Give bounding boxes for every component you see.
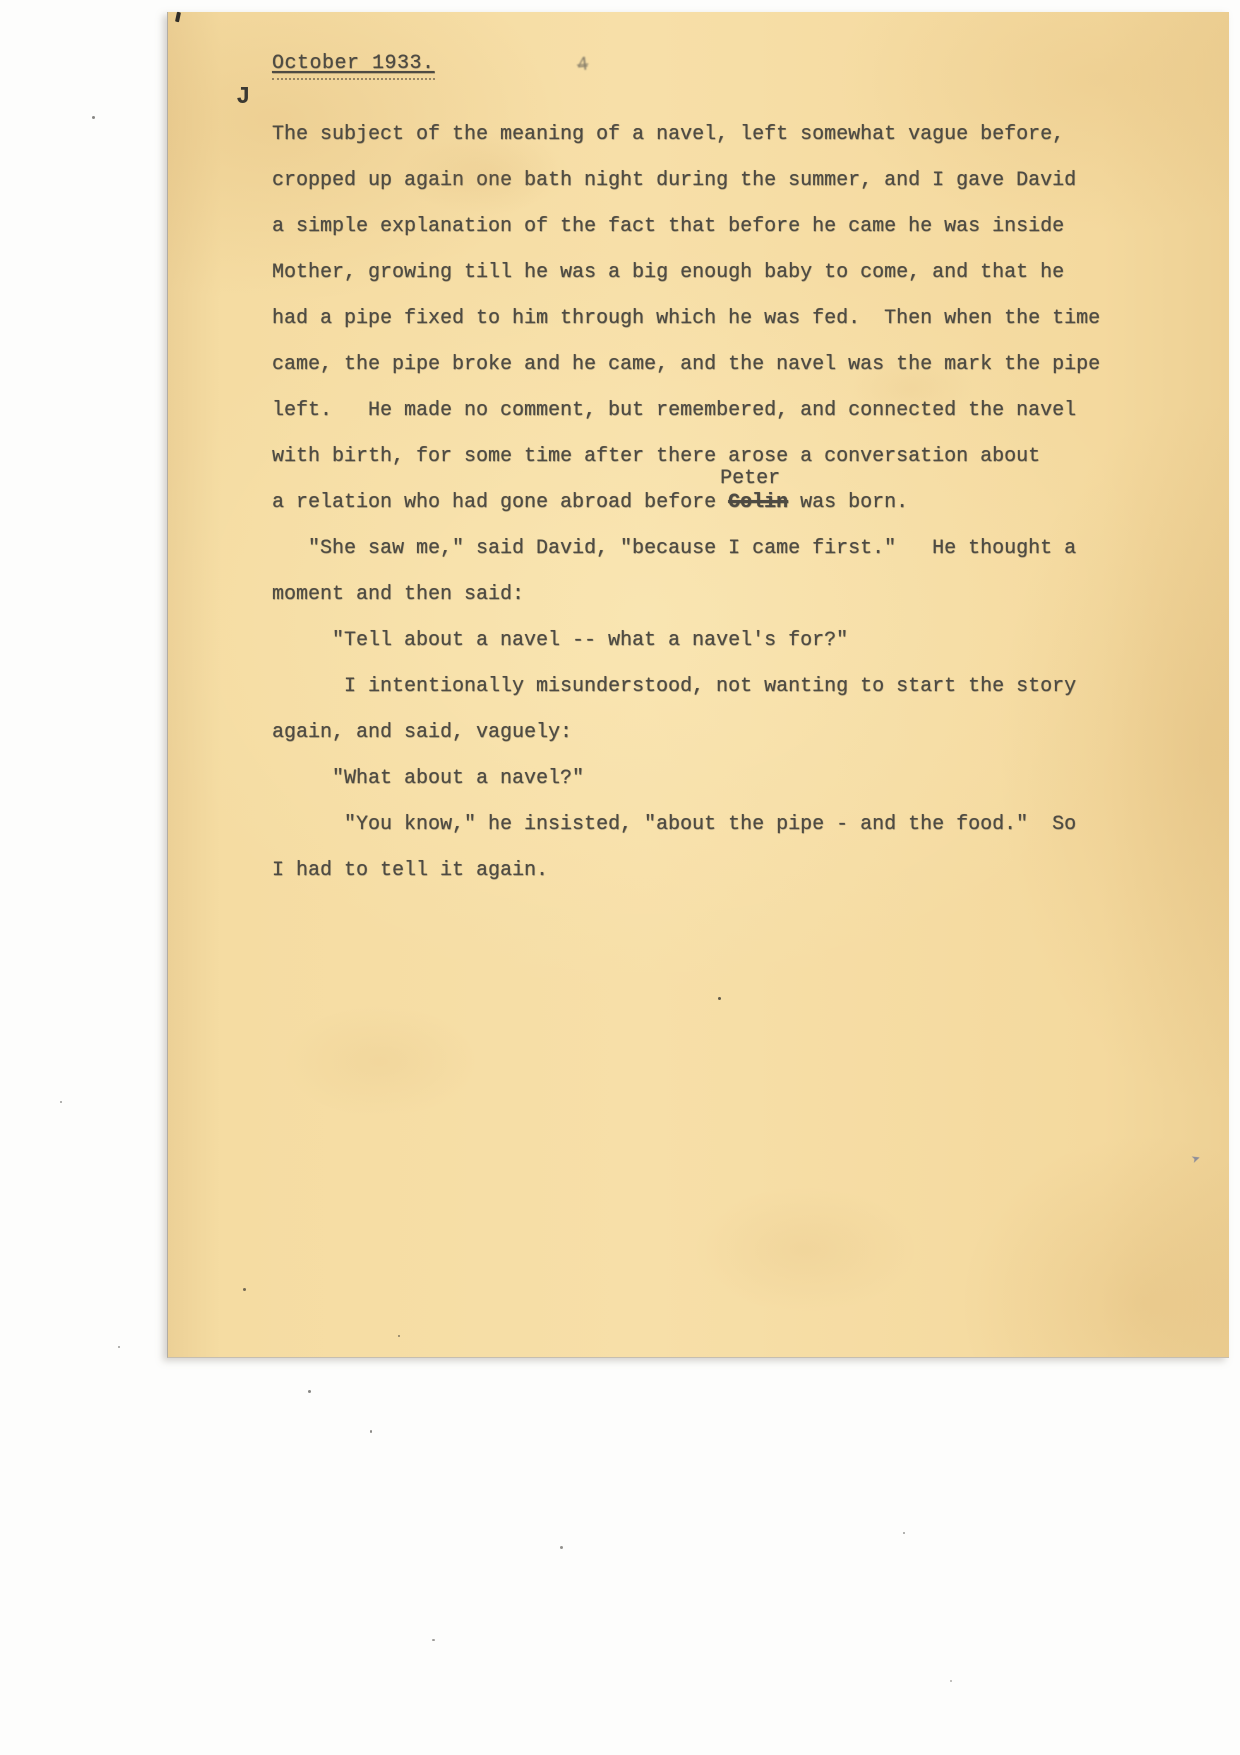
document-body: The subject of the meaning of a navel, l… — [272, 112, 1172, 894]
speck — [118, 1346, 120, 1348]
typed-line: moment and then said: — [272, 572, 1172, 618]
typed-line: I had to tell it again. — [272, 848, 1172, 894]
typed-line: I intentionally misunderstood, not wanti… — [272, 664, 1172, 710]
typed-line: again, and said, vaguely: — [272, 710, 1172, 756]
margin-ink-mark: J — [236, 84, 250, 111]
paper-sheet: October 1933. 4 J The subject of the mea… — [167, 12, 1229, 1358]
speck — [432, 1639, 435, 1641]
typed-line: The subject of the meaning of a navel, l… — [272, 112, 1172, 158]
typed-line: "Tell about a navel -- what a navel's fo… — [272, 618, 1172, 664]
typed-line: left. He made no comment, but remembered… — [272, 388, 1172, 434]
speck — [60, 1101, 62, 1103]
typed-line: "You know," he insisted, "about the pipe… — [272, 802, 1172, 848]
speck — [950, 1680, 952, 1682]
speck — [370, 1430, 372, 1433]
scan-background: October 1933. 4 J The subject of the mea… — [0, 0, 1240, 1755]
speck — [308, 1390, 311, 1393]
typed-line: cropped up again one bath night during t… — [272, 158, 1172, 204]
speck — [92, 116, 95, 119]
page-number-mark: 4 — [576, 53, 590, 76]
typed-line: a simple explanation of the fact that be… — [272, 204, 1172, 250]
struck-word: ColinPeter — [728, 491, 788, 514]
typed-line: "She saw me," said David, "because I cam… — [272, 526, 1172, 572]
date-heading: October 1933. — [272, 52, 435, 75]
typed-line: had a pipe fixed to him through which he… — [272, 296, 1172, 342]
typed-line: Mother, growing till he was a big enough… — [272, 250, 1172, 296]
speck — [903, 1532, 905, 1534]
date-heading-text: October 1933. — [272, 52, 435, 80]
speck — [560, 1546, 563, 1549]
typed-line: a relation who had gone abroad before Co… — [272, 480, 1172, 526]
inserted-word: Peter — [720, 467, 780, 491]
typed-line: came, the pipe broke and he came, and th… — [272, 342, 1172, 388]
typed-line: "What about a navel?" — [272, 756, 1172, 802]
